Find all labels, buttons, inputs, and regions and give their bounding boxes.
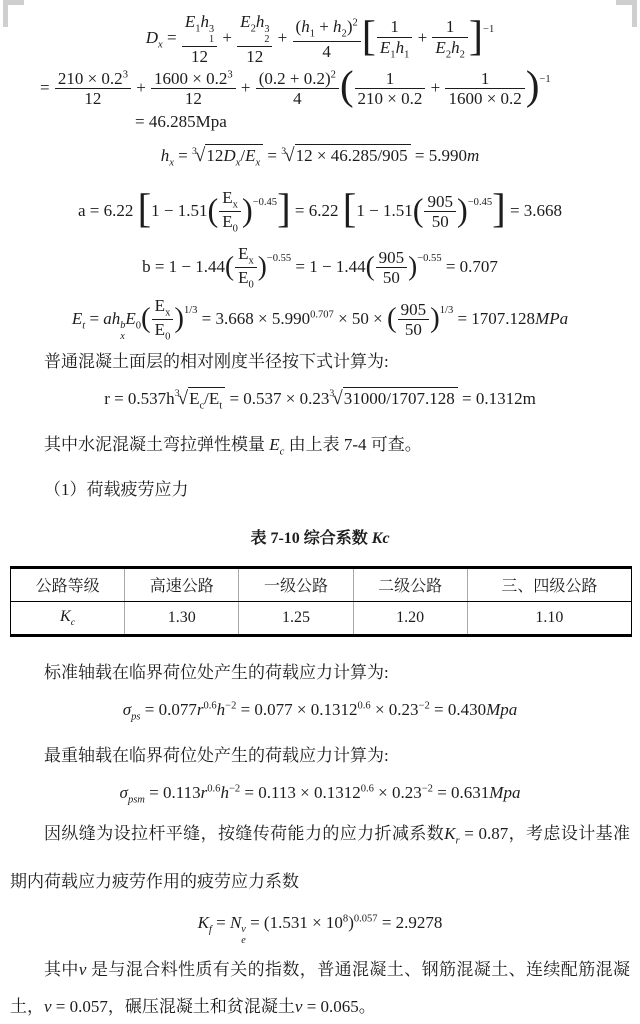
table-header-class1: 一级公路 xyxy=(239,567,353,601)
formula-relative-stiffness-radius: r = 0.537h3√Ec/Et = 0.537 × 0.233√31000/… xyxy=(10,384,630,415)
table-cell-kc-label: Kc xyxy=(11,601,125,635)
paragraph-ec-note: 其中水泥混凝土弯拉弹性模量 Ec 由上表 7-4 可查。 xyxy=(10,431,630,466)
formula-dx-substitution: = 210 × 0.2312 + 1600 × 0.2312 + (0.2 + … xyxy=(10,69,630,109)
formula-dx-result: = 46.285Mpa xyxy=(10,109,630,135)
table-header-expressway: 高速公路 xyxy=(125,567,239,601)
paragraph-nu-exponent: 其中ν 是与混合料性质有关的指数，普通混凝土、钢筋混凝土、连续配筋混凝土，ν =… xyxy=(10,951,630,1024)
paragraph-stiffness-radius: 普通混凝土面层的相对刚度半径按下式计算为: xyxy=(10,348,630,376)
formula-a-coefficient: a = 6.22 [1 − 1.51(ExE0)−0.45] = 6.22 [1… xyxy=(10,188,630,236)
formula-b-coefficient: b = 1 − 1.44(ExE0)−0.55 = 1 − 1.44(90550… xyxy=(10,244,630,292)
formula-kf-fatigue: Kf = Nve = (1.531 × 108)0.057 = 2.9278 xyxy=(10,910,630,947)
table-cell-kc-class34: 1.10 xyxy=(467,601,631,635)
table-header-class34: 三、四级公路 xyxy=(467,567,631,601)
page-corner-mark-right-icon xyxy=(616,0,637,27)
table-header-row: 公路等级 高速公路 一级公路 二级公路 三、四级公路 xyxy=(11,567,632,601)
table-cell-kc-expressway: 1.30 xyxy=(125,601,239,635)
document-page: Dx = E1h3112 + E2h3212 + (h1 + h2)24[1E1… xyxy=(0,0,640,1024)
table-row-kc-values: Kc 1.30 1.25 1.20 1.10 xyxy=(11,601,632,635)
kc-coefficient-table: 公路等级 高速公路 一级公路 二级公路 三、四级公路 Kc 1.30 1.25 … xyxy=(10,566,632,637)
formula-hx: hx = 3√12Dx/Ex = 3√12 × 46.285/905 = 5.9… xyxy=(10,141,630,172)
formula-sigma-psm: σpsm = 0.113r0.6h−2 = 0.113 × 0.13120.6 … xyxy=(10,780,630,809)
page-corner-mark-left-icon xyxy=(3,0,24,27)
formula-et-modulus: Et = ahbxE0(ExE0)1/3 = 3.668 × 5.9900.70… xyxy=(10,296,630,344)
table-cell-kc-class1: 1.25 xyxy=(239,601,353,635)
heading-load-fatigue-stress: （1）荷载疲劳应力 xyxy=(10,476,630,504)
formula-sigma-ps: σps = 0.077r0.6h−2 = 0.077 × 0.13120.6 ×… xyxy=(10,697,630,726)
table-title: 表 7-10 综合系数 Kc xyxy=(10,528,630,550)
formula-dx-definition: Dx = E1h3112 + E2h3212 + (h1 + h2)24[1E1… xyxy=(10,12,630,67)
table-cell-kc-class2: 1.20 xyxy=(353,601,467,635)
paragraph-joint-reduction: 因纵缝为设拉杆平缝，按缝传荷能力的应力折减系数Kr = 0.87，考虑设计基准期… xyxy=(10,814,630,901)
table-header-class2: 二级公路 xyxy=(353,567,467,601)
document-body: Dx = E1h3112 + E2h3212 + (h1 + h2)24[1E1… xyxy=(0,0,640,1024)
table-header-road-grade: 公路等级 xyxy=(11,567,125,601)
paragraph-max-axle: 最重轴载在临界荷位处产生的荷载应力计算为: xyxy=(10,742,630,770)
paragraph-standard-axle: 标准轴载在临界荷位处产生的荷载应力计算为: xyxy=(10,659,630,687)
